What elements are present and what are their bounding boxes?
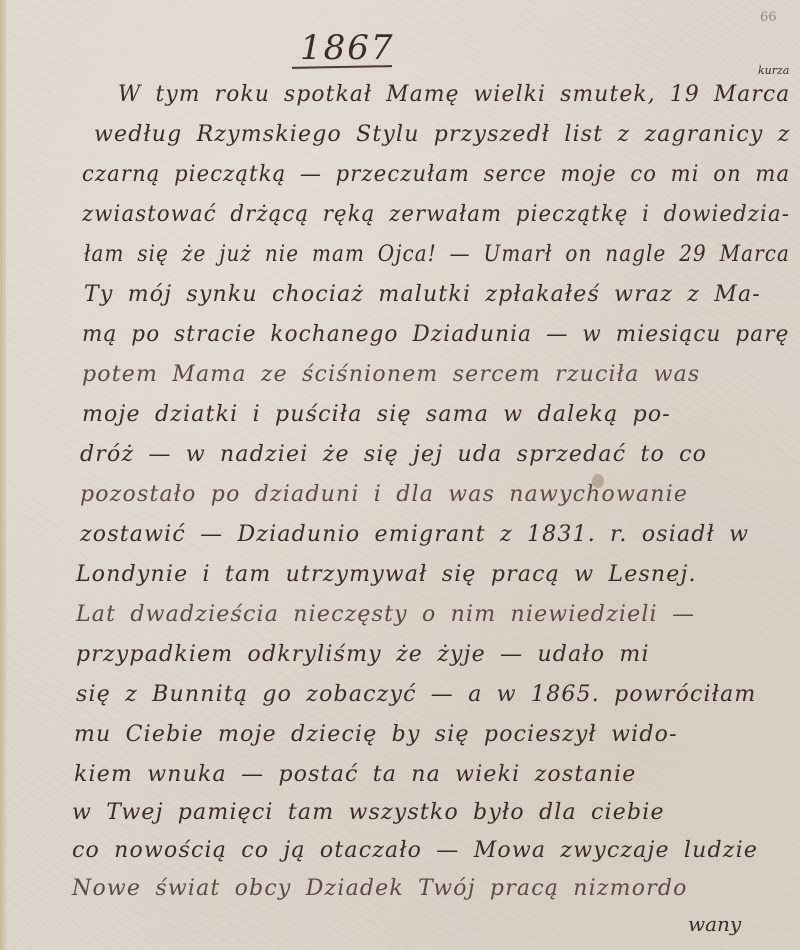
text-line: łam się że już nie mam Ojca! — Umarł on …	[84, 242, 790, 267]
text-line: dróż — w nadziei że się jej uda sprzedać…	[80, 442, 707, 467]
text-line: zwiastować drżącą ręką zerwałam pieczątk…	[82, 202, 790, 227]
text-line: czarną pieczątką — przeczułam serce moje…	[82, 162, 790, 187]
text-line: W tym roku spotkał Mamę wielki smutek, 1…	[118, 82, 790, 107]
handwritten-text-body: W tym roku spotkał Mamę wielki smutek, 1…	[0, 0, 800, 950]
manuscript-page: 66 1867 kurza W tym roku spotkał Mamę wi…	[0, 0, 800, 950]
text-line: Nowe świat obcy Dziadek Twój pracą nizmo…	[72, 876, 688, 901]
text-line-continuation: wany	[688, 912, 741, 936]
text-line: Lat dwadzieścia nieczęsty o nim niewiedz…	[76, 602, 695, 627]
text-line: w Twej pamięci tam wszystko było dla cie…	[72, 800, 665, 825]
text-line: kiem wnuka — postać ta na wieki zostanie	[74, 762, 637, 787]
text-line: moje dziatki i puściła się sama w daleką…	[82, 402, 671, 427]
text-line: według Rzymskiego Stylu przyszedł list z…	[94, 122, 790, 147]
text-line: Londynie i tam utrzymywał się pracą w Le…	[76, 562, 697, 587]
text-line: mu Ciebie moje dziecię by się pocieszył …	[74, 722, 678, 747]
text-line: Ty mój synku chociaż malutki zpłakałeś w…	[84, 282, 761, 307]
text-line: się z Bunnitą go zobaczyć — a w 1865. po…	[76, 682, 757, 707]
ink-stain	[592, 474, 604, 488]
text-line: potem Mama ze ściśnionem sercem rzuciła …	[82, 362, 700, 387]
text-line: zostawić — Dziadunio emigrant z 1831. r.…	[80, 522, 749, 547]
text-line: co nowością co ją otaczało — Mowa zwycza…	[72, 838, 758, 863]
text-line: mą po stracie kochanego Dziadunia — w mi…	[82, 322, 790, 347]
text-line: przypadkiem odkryliśmy że żyje — udało m…	[76, 642, 650, 667]
